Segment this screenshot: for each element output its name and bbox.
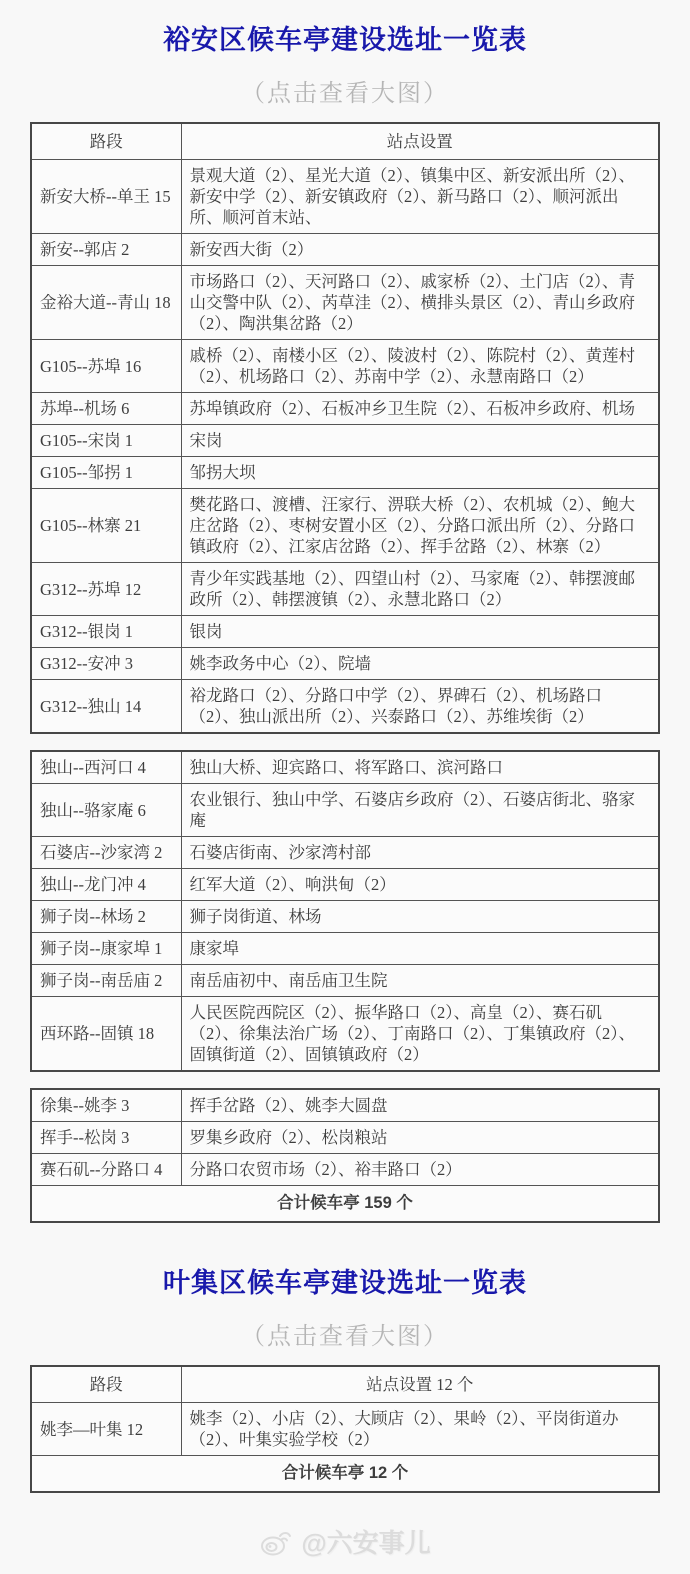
table-row: G105--宋岗 1宋岗 [31,425,659,457]
segment-cell: 金裕大道--青山 18 [31,266,181,340]
segment-cell: 西环路--固镇 18 [31,997,181,1072]
table-row: 新安大桥--单王 15景观大道（2）、星光大道（2）、镇集中区、新安派出所（2）… [31,160,659,234]
table-header-row: 路段站点设置 [31,123,659,160]
stations-cell: 南岳庙初中、南岳庙卫生院 [181,965,659,997]
stations-cell: 景观大道（2）、星光大道（2）、镇集中区、新安派出所（2）、新安中学（2）、新安… [181,160,659,234]
segment-cell: G312--安冲 3 [31,648,181,680]
stations-cell: 狮子岗街道、林场 [181,901,659,933]
total-count-cell: 合计候车亭 159 个 [31,1186,659,1223]
table-row: 金裕大道--青山 18市场路口（2）、天河路口（2）、戚家桥（2）、土门店（2）… [31,266,659,340]
segment-cell: 徐集--姚李 3 [31,1089,181,1122]
stations-cell: 挥手岔路（2）、姚李大圆盘 [181,1089,659,1122]
segment-cell: 姚李—叶集 12 [31,1403,181,1456]
page-title-2: 叶集区候车亭建设选址一览表 [0,1261,690,1300]
segment-cell: 赛石矶--分路口 4 [31,1154,181,1186]
table-row: 新安--郭店 2新安西大街（2） [31,234,659,266]
segment-cell: 狮子岗--林场 2 [31,901,181,933]
table-row: 狮子岗--康家埠 1康家埠 [31,933,659,965]
stations-cell: 银岗 [181,616,659,648]
table-row: G105--邹拐 1邹拐大坝 [31,457,659,489]
stations-cell: 人民医院西院区（2）、振华路口（2）、高皇（2）、赛石矶（2）、徐集法治广场（2… [181,997,659,1072]
segment-cell: 狮子岗--南岳庙 2 [31,965,181,997]
segment-cell: 新安--郭店 2 [31,234,181,266]
view-large-image-link[interactable]: （点击查看大图） [0,73,690,108]
table-row: G105--苏埠 16戚桥（2）、南楼小区（2）、陵波村（2）、陈院村（2）、黄… [31,340,659,393]
watermark-text: @六安事儿 [301,1523,430,1560]
stations-cell: 姚李政务中心（2）、院墙 [181,648,659,680]
col-header-stations: 站点设置 12 个 [181,1366,659,1403]
weibo-icon [259,1527,293,1557]
total-count-cell: 合计候车亭 12 个 [31,1456,659,1493]
stations-cell: 青少年实践基地（2）、四望山村（2）、马家庵（2）、韩摆渡邮政所（2）、韩摆渡镇… [181,563,659,616]
table-row: 西环路--固镇 18人民医院西院区（2）、振华路口（2）、高皇（2）、赛石矶（2… [31,997,659,1072]
stations-cell: 邹拐大坝 [181,457,659,489]
stations-cell: 市场路口（2）、天河路口（2）、戚家桥（2）、土门店（2）、青山交警中队（2）、… [181,266,659,340]
stations-cell: 姚李（2）、小店（2）、大顾店（2）、果岭（2）、平岗街道办（2）、叶集实验学校… [181,1403,659,1456]
page: 裕安区候车亭建设选址一览表 （点击查看大图） 路段站点设置新安大桥--单王 15… [0,0,690,1574]
table-row: 独山--骆家庵 6农业银行、独山中学、石婆店乡政府（2）、石婆店街北、骆家庵 [31,784,659,837]
segment-cell: G105--邹拐 1 [31,457,181,489]
table-row: 挥手--松岗 3罗集乡政府（2）、松岗粮站 [31,1122,659,1154]
stations-cell: 罗集乡政府（2）、松岗粮站 [181,1122,659,1154]
stations-cell: 宋岗 [181,425,659,457]
table-row: G312--银岗 1银岗 [31,616,659,648]
shelter-table: 路段站点设置新安大桥--单王 15景观大道（2）、星光大道（2）、镇集中区、新安… [30,122,660,734]
stations-cell: 樊花路口、渡槽、汪家行、淠联大桥（2）、农机城（2）、鲍大庄岔路（2）、枣树安置… [181,489,659,563]
table-row: 独山--龙门冲 4红军大道（2）、响洪甸（2） [31,869,659,901]
stations-cell: 红军大道（2）、响洪甸（2） [181,869,659,901]
view-large-image-link-2[interactable]: （点击查看大图） [0,1316,690,1351]
table-row: 赛石矶--分路口 4分路口农贸市场（2）、裕丰路口（2） [31,1154,659,1186]
col-header-stations: 站点设置 [181,123,659,160]
stations-cell: 独山大桥、迎宾路口、将军路口、滨河路口 [181,751,659,784]
table-row: 苏埠--机场 6苏埠镇政府（2）、石板冲乡卫生院（2）、石板冲乡政府、机场 [31,393,659,425]
table-footer-row: 合计候车亭 159 个 [31,1186,659,1223]
table-row: G312--苏埠 12青少年实践基地（2）、四望山村（2）、马家庵（2）、韩摆渡… [31,563,659,616]
table-row: 狮子岗--南岳庙 2南岳庙初中、南岳庙卫生院 [31,965,659,997]
table-row: 独山--西河口 4独山大桥、迎宾路口、将军路口、滨河路口 [31,751,659,784]
segment-cell: 独山--骆家庵 6 [31,784,181,837]
table-header-row: 路段站点设置 12 个 [31,1366,659,1403]
segment-cell: 挥手--松岗 3 [31,1122,181,1154]
section-yuan-district: 裕安区候车亭建设选址一览表 （点击查看大图） 路段站点设置新安大桥--单王 15… [0,18,690,1223]
stations-cell: 裕龙路口（2）、分路口中学（2）、界碑石（2）、机场路口（2）、独山派出所（2）… [181,680,659,734]
segment-cell: G312--银岗 1 [31,616,181,648]
table-row: 狮子岗--林场 2狮子岗街道、林场 [31,901,659,933]
yuan-tables: 路段站点设置新安大桥--单王 15景观大道（2）、星光大道（2）、镇集中区、新安… [30,122,660,1223]
stations-cell: 康家埠 [181,933,659,965]
watermark: @六安事儿 [0,1523,690,1574]
stations-cell: 石婆店街南、沙家湾村部 [181,837,659,869]
shelter-table: 路段站点设置 12 个姚李—叶集 12姚李（2）、小店（2）、大顾店（2）、果岭… [30,1365,660,1493]
segment-cell: 独山--龙门冲 4 [31,869,181,901]
segment-cell: G105--苏埠 16 [31,340,181,393]
stations-cell: 分路口农贸市场（2）、裕丰路口（2） [181,1154,659,1186]
col-header-segment: 路段 [31,123,181,160]
segment-cell: G312--苏埠 12 [31,563,181,616]
page-title: 裕安区候车亭建设选址一览表 [0,18,690,57]
table-footer-row: 合计候车亭 12 个 [31,1456,659,1493]
table-row: G105--林寨 21樊花路口、渡槽、汪家行、淠联大桥（2）、农机城（2）、鲍大… [31,489,659,563]
table-row: 姚李—叶集 12姚李（2）、小店（2）、大顾店（2）、果岭（2）、平岗街道办（2… [31,1403,659,1456]
section-yeji-district: 叶集区候车亭建设选址一览表 （点击查看大图） 路段站点设置 12 个姚李—叶集 … [0,1261,690,1493]
shelter-table: 独山--西河口 4独山大桥、迎宾路口、将军路口、滨河路口独山--骆家庵 6农业银… [30,750,660,1072]
yeji-tables: 路段站点设置 12 个姚李—叶集 12姚李（2）、小店（2）、大顾店（2）、果岭… [30,1365,660,1493]
shelter-table: 徐集--姚李 3挥手岔路（2）、姚李大圆盘挥手--松岗 3罗集乡政府（2）、松岗… [30,1088,660,1223]
table-row: 徐集--姚李 3挥手岔路（2）、姚李大圆盘 [31,1089,659,1122]
table-row: G312--独山 14裕龙路口（2）、分路口中学（2）、界碑石（2）、机场路口（… [31,680,659,734]
segment-cell: 新安大桥--单王 15 [31,160,181,234]
stations-cell: 农业银行、独山中学、石婆店乡政府（2）、石婆店街北、骆家庵 [181,784,659,837]
segment-cell: G105--林寨 21 [31,489,181,563]
table-row: 石婆店--沙家湾 2石婆店街南、沙家湾村部 [31,837,659,869]
col-header-segment: 路段 [31,1366,181,1403]
segment-cell: 苏埠--机场 6 [31,393,181,425]
segment-cell: 石婆店--沙家湾 2 [31,837,181,869]
segment-cell: 狮子岗--康家埠 1 [31,933,181,965]
table-row: G312--安冲 3姚李政务中心（2）、院墙 [31,648,659,680]
stations-cell: 戚桥（2）、南楼小区（2）、陵波村（2）、陈院村（2）、黄莲村（2）、机场路口（… [181,340,659,393]
segment-cell: 独山--西河口 4 [31,751,181,784]
stations-cell: 苏埠镇政府（2）、石板冲乡卫生院（2）、石板冲乡政府、机场 [181,393,659,425]
segment-cell: G105--宋岗 1 [31,425,181,457]
stations-cell: 新安西大街（2） [181,234,659,266]
segment-cell: G312--独山 14 [31,680,181,734]
